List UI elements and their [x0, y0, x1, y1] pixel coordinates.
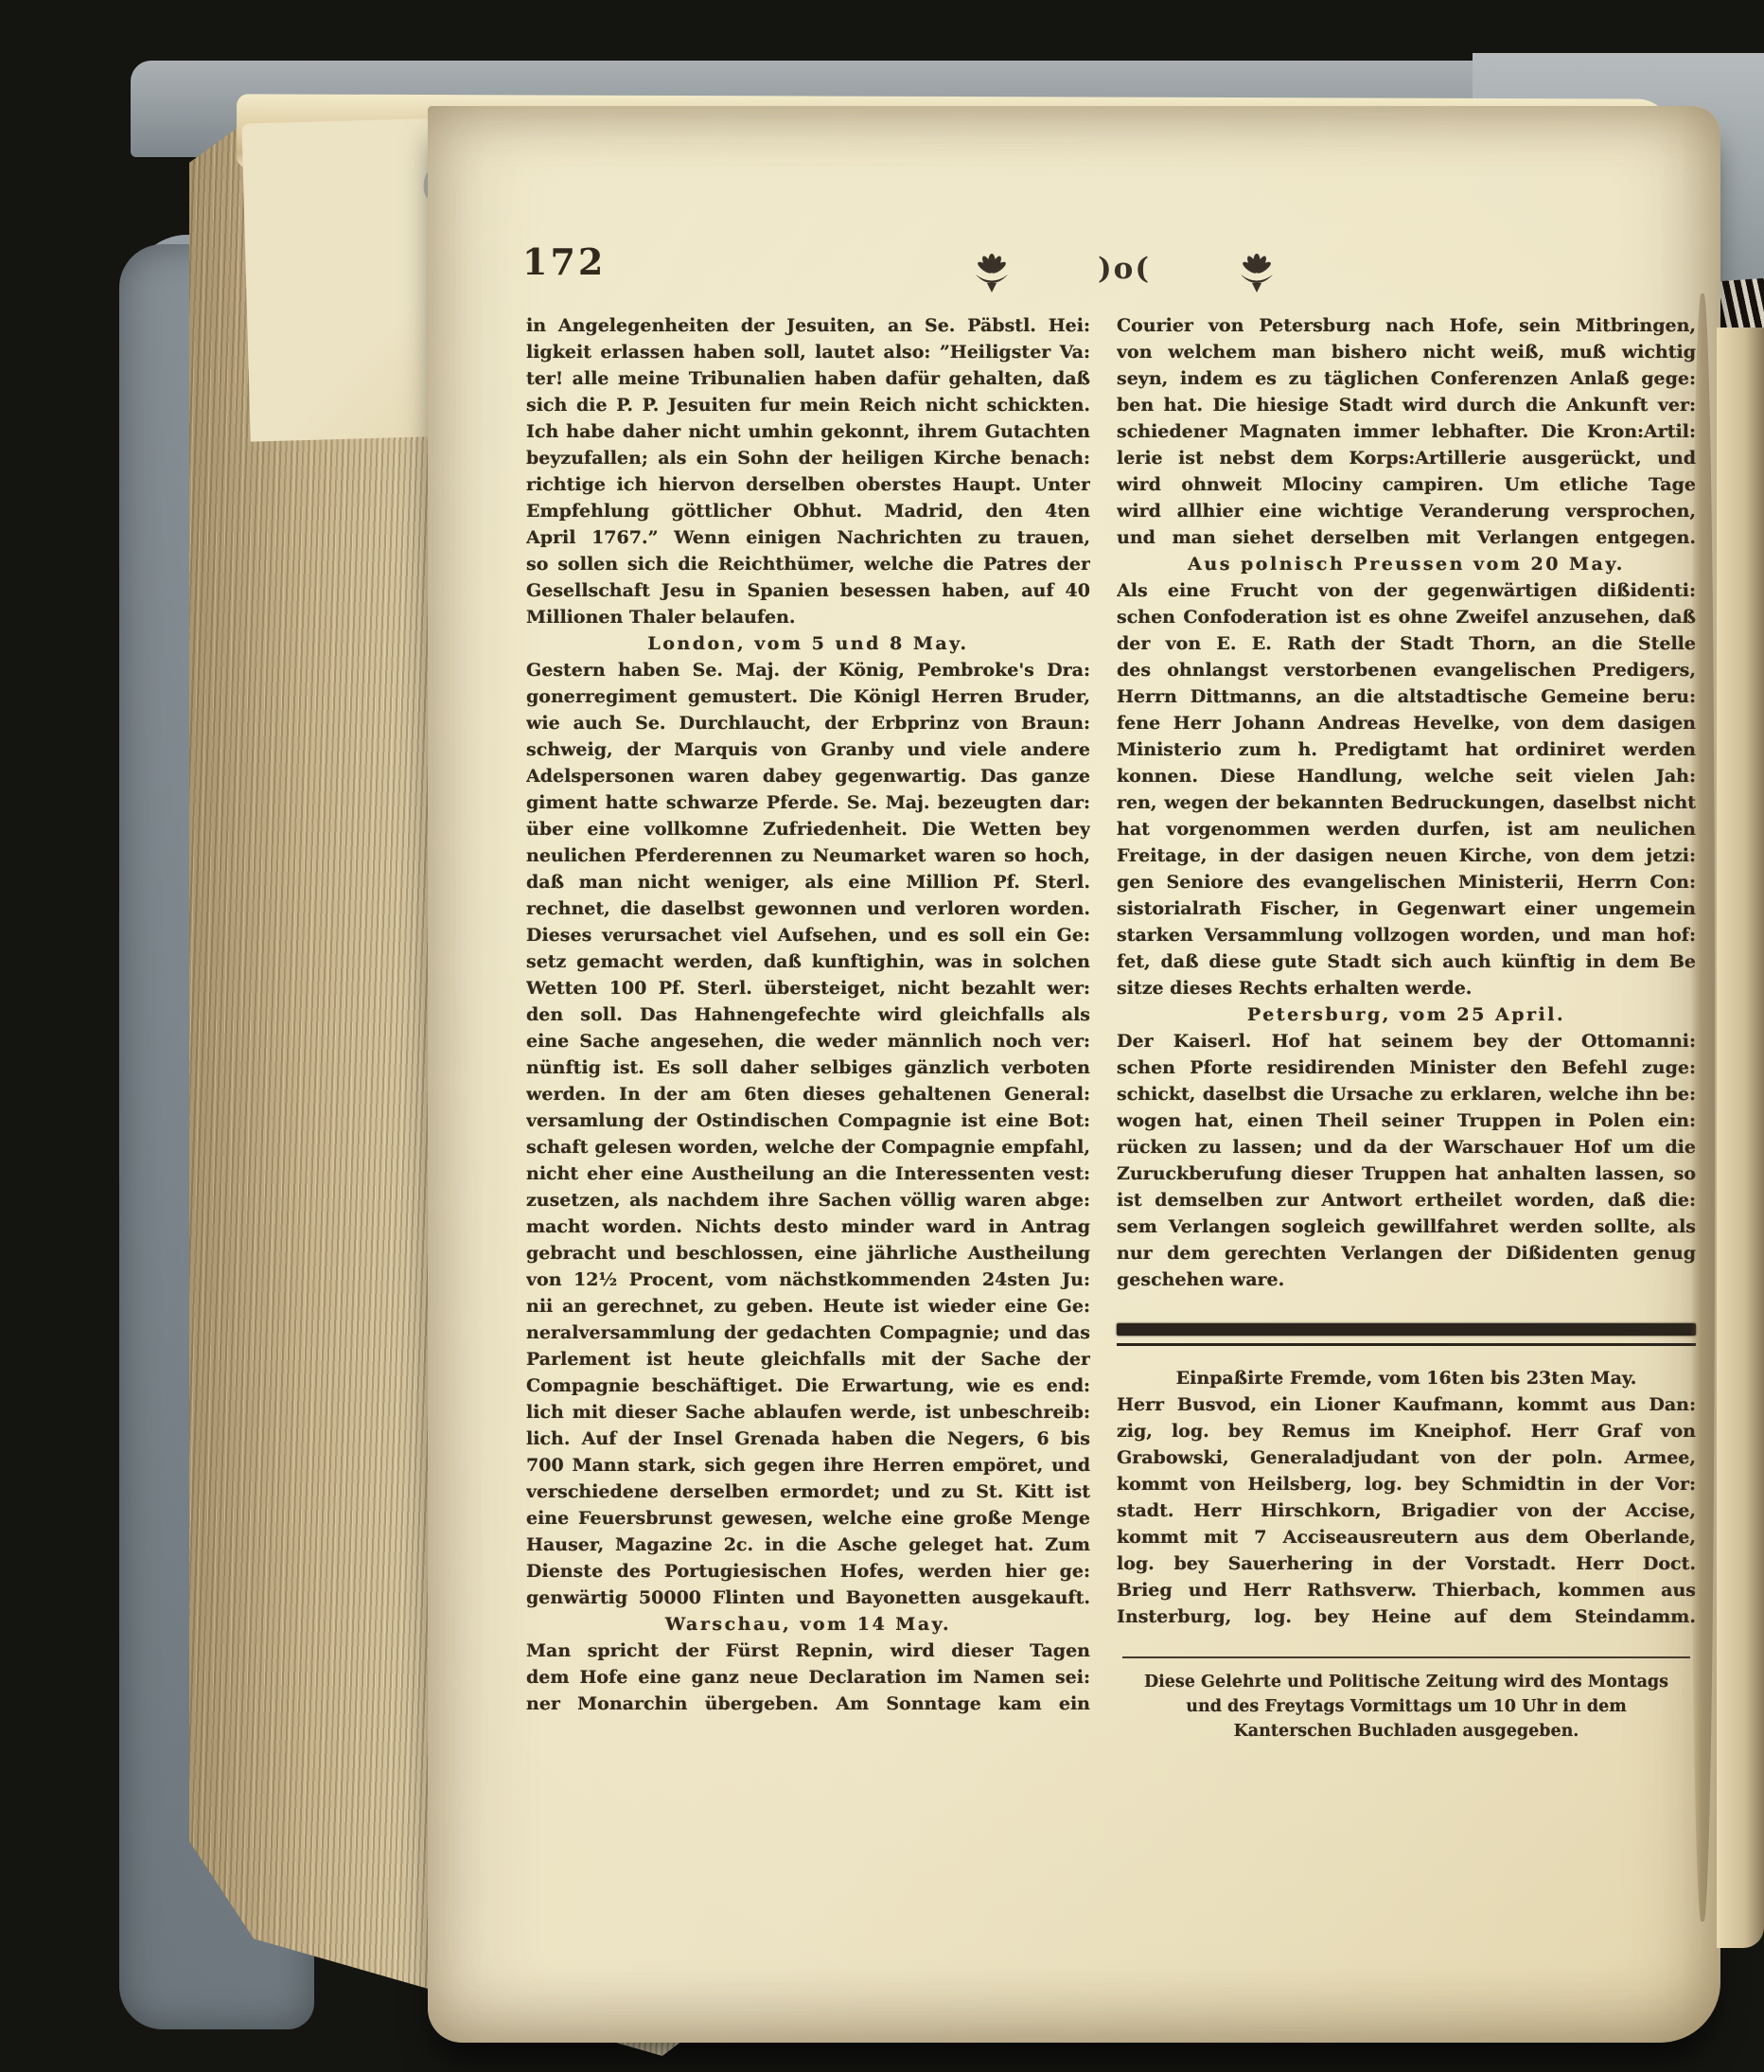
text-line: Brieg und Herr Rathsverw. Thierbach, kom… [1117, 1577, 1696, 1603]
text-line: stadt. Herr Hirschkorn, Brigadier von de… [1117, 1497, 1696, 1524]
book-photo: 89 172 )o( [0, 0, 1764, 2072]
text-line: verschiedene derselben ermordet; und zu … [526, 1479, 1090, 1505]
text-line: log. bey Sauerhering in der Vorstadt. He… [1117, 1550, 1696, 1577]
text-line: Herrn Dittmanns, an die altstadtische Ge… [1117, 683, 1696, 710]
text-line: Diese Gelehrte und Politische Zeitung wi… [1117, 1670, 1696, 1694]
text-line: versamlung der Ostindischen Compagnie is… [526, 1107, 1090, 1134]
section-divider-thick [1117, 1323, 1696, 1336]
text-line: wogen hat, einen Theil seiner Truppen in… [1117, 1107, 1696, 1134]
section-divider-thin [1117, 1343, 1696, 1346]
page-fold-shadow [1690, 293, 1715, 1921]
text-line: Adelspersonen waren dabey gegenwartig. D… [526, 763, 1090, 789]
text-line: kommt von Heilsberg, log. bey Schmidtin … [1117, 1471, 1696, 1497]
right-column-news: Courier von Petersburg nach Hofe, sein M… [1117, 312, 1696, 1293]
header-ornaments: )o( [967, 244, 1281, 301]
text-line: Man spricht der Fürst Repnin, wird diese… [526, 1638, 1090, 1664]
text-line: zusetzen, als nachdem ihre Sachen völlig… [526, 1187, 1090, 1213]
text-line: wie auch Se. Durchlaucht, der Erbprinz v… [526, 710, 1090, 736]
text-line: den soll. Das Hahnengefechte wird gleich… [526, 1001, 1090, 1028]
page-number: 172 [522, 240, 606, 283]
text-line: des ohnlangst verstorbenen evangelischen… [1117, 657, 1696, 683]
text-line: nicht eher eine Austheilung an die Inter… [526, 1160, 1090, 1187]
text-line: Dienste des Portugiesischen Hofes, werde… [526, 1558, 1090, 1585]
text-line: ner Monarchin übergeben. Am Sonntage kam… [526, 1691, 1090, 1717]
text-line: sem Verlangen sogleich gewillfahret werd… [1117, 1213, 1696, 1240]
text-line: sitze dieses Rechts erhalten werde. [1117, 975, 1696, 1001]
text-line: Millionen Thaler belaufen. [526, 604, 1090, 630]
text-line: starken Versammlung vollzogen worden, un… [1117, 922, 1696, 948]
text-line: schiedener Magnaten immer lebhafter. Die… [1117, 418, 1696, 445]
text-line: wird allhier eine wichtige Veranderung v… [1117, 498, 1696, 524]
text-line: von welchem man bishero nicht weiß, muß … [1117, 339, 1696, 365]
text-line: schweig, der Marquis von Granby und viel… [526, 736, 1090, 763]
text-line: gen Seniore des evangelischen Ministerii… [1117, 869, 1696, 895]
text-line: sich die P. P. Jesuiten fur mein Reich n… [526, 392, 1090, 418]
shell-ornament-icon [1232, 252, 1281, 293]
text-line: zig, log. bey Remus im Kneiphof. Herr Gr… [1117, 1418, 1696, 1444]
text-line: lerie ist nebst dem Korps:Artillerie aus… [1117, 445, 1696, 471]
text-line: schickt, daselbst die Ursache zu erklare… [1117, 1081, 1696, 1107]
text-line: Compagnie beschäftiget. Die Erwartung, w… [526, 1372, 1090, 1399]
text-line: und man siehet derselben mit Verlangen e… [1117, 524, 1696, 551]
text-line: und des Freytags Vormittags um 10 Uhr in… [1117, 1694, 1696, 1719]
imprint-note: Diese Gelehrte und Politische Zeitung wi… [1117, 1670, 1696, 1744]
text-line: gonerregiment gemustert. Die Königl Herr… [526, 683, 1090, 710]
text-line: Empfehlung göttlicher Obhut. Madrid, den… [526, 498, 1090, 524]
text-line: werden. In der am 6ten dieses gehaltenen… [526, 1081, 1090, 1107]
text-line: rücken zu lassen; und da der Warschauer … [1117, 1134, 1696, 1160]
text-line: dem Hofe eine ganz neue Declaration im N… [526, 1664, 1090, 1691]
text-line: setz gemacht werden, daß kunftighin, was… [526, 948, 1090, 975]
text-line: ligkeit erlassen haben soll, lautet also… [526, 339, 1090, 365]
text-line: London, vom 5 und 8 May. [526, 630, 1090, 657]
text-line: Warschau, vom 14 May. [526, 1611, 1090, 1638]
text-line: Der Kaiserl. Hof hat seinem bey der Otto… [1117, 1028, 1696, 1054]
text-line: neulichen Pferderennen zu Neumarket ware… [526, 842, 1090, 869]
text-line: Gestern haben Se. Maj. der König, Pembro… [526, 657, 1090, 683]
text-line: sistorialrath Fischer, in Gegenwart eine… [1117, 895, 1696, 922]
left-text-column: in Angelegenheiten der Jesuiten, an Se. … [526, 312, 1090, 1717]
text-line: Hauser, Magazine 2c. in die Asche gelege… [526, 1532, 1090, 1558]
text-line: kommt mit 7 Acciseausreutern aus dem Obe… [1117, 1524, 1696, 1550]
text-line: über eine vollkomne Zufriedenheit. Die W… [526, 816, 1090, 842]
center-ornament: )o( [1098, 252, 1151, 286]
text-line: Aus polnisch Preussen vom 20 May. [1117, 551, 1696, 577]
text-line: neralversammlung der gedachten Compagnie… [526, 1319, 1090, 1346]
text-line: macht worden. Nichts desto minder ward i… [526, 1213, 1090, 1240]
text-line: geschehen ware. [1117, 1266, 1696, 1293]
arrivals-section: Einpaßirte Fremde, vom 16ten bis 23ten M… [1117, 1365, 1696, 1630]
text-line: schen Pforte residirenden Minister den B… [1117, 1054, 1696, 1081]
text-line: Kanterschen Buchladen ausgegeben. [1117, 1719, 1696, 1744]
text-line: Grabowski, Generaladjudant von der poln.… [1117, 1444, 1696, 1471]
text-line: daß man nicht weniger, als eine Million … [526, 869, 1090, 895]
text-line: ist demselben zur Antwort ertheilet word… [1117, 1187, 1696, 1213]
text-line: Ministerio zum h. Predigtamt hat ordinir… [1117, 736, 1696, 763]
text-line: wird ohnweit Mlociny campiren. Um etlich… [1117, 471, 1696, 498]
text-line: Wetten 100 Pf. Sterl. übersteiget, nicht… [526, 975, 1090, 1001]
text-line: eine Sache angesehen, die weder männlich… [526, 1028, 1090, 1054]
right-text-column: Courier von Petersburg nach Hofe, sein M… [1117, 312, 1696, 1744]
text-line: ter! alle meine Tribunalien haben dafür … [526, 365, 1090, 392]
text-line: schen Confoderation ist es ohne Zweifel … [1117, 604, 1696, 630]
text-line: Ich habe daher nicht umhin gekonnt, ihre… [526, 418, 1090, 445]
underlying-page-edge [1717, 328, 1764, 1948]
text-line: Courier von Petersburg nach Hofe, sein M… [1117, 312, 1696, 339]
text-line: fet, daß diese gute Stadt sich auch künf… [1117, 948, 1696, 975]
text-line: so sollen sich die Reichthümer, welche d… [526, 551, 1090, 577]
text-line: fene Herr Johann Andreas Hevelke, von de… [1117, 710, 1696, 736]
text-line: Insterburg, log. bey Heine auf dem Stein… [1117, 1603, 1696, 1630]
text-line: der von E. E. Rath der Stadt Thorn, an d… [1117, 630, 1696, 657]
text-line: richtige ich hiervon derselben oberstes … [526, 471, 1090, 498]
text-line: Einpaßirte Fremde, vom 16ten bis 23ten M… [1117, 1365, 1696, 1391]
text-line: rechnet, die daselbst gewonnen und verlo… [526, 895, 1090, 922]
text-line: genwärtig 50000 Flinten und Bayonetten a… [526, 1585, 1090, 1611]
text-line: nünftig ist. Es soll daher selbiges gänz… [526, 1054, 1090, 1081]
text-line: von 12½ Procent, vom nächstkommenden 24s… [526, 1266, 1090, 1293]
page: 172 )o( [428, 106, 1720, 2043]
text-line: Herr Busvod, ein Lioner Kaufmann, kommt … [1117, 1391, 1696, 1418]
text-line: beyzufallen; als ein Sohn der heiligen K… [526, 445, 1090, 471]
text-line: Gesellschaft Jesu in Spanien besessen ha… [526, 577, 1090, 604]
shell-ornament-icon [967, 252, 1016, 293]
text-line: Freitage, in der dasigen neuen Kirche, v… [1117, 842, 1696, 869]
text-line: Parlement ist heute gleichfalls mit der … [526, 1346, 1090, 1372]
text-line: nii an gerechnet, zu geben. Heute ist wi… [526, 1293, 1090, 1319]
text-line: in Angelegenheiten der Jesuiten, an Se. … [526, 312, 1090, 339]
text-line: seyn, indem es zu täglichen Conferenzen … [1117, 365, 1696, 392]
text-line: lich. Auf der Insel Grenada haben die Ne… [526, 1426, 1090, 1452]
text-line: hat vorgenommen werden durfen, ist am ne… [1117, 816, 1696, 842]
text-line: Dieses verursachet viel Aufsehen, und es… [526, 922, 1090, 948]
text-line: giment hatte schwarze Pferde. Se. Maj. b… [526, 789, 1090, 816]
text-line: konnen. Diese Handlung, welche seit viel… [1117, 763, 1696, 789]
text-line: gebracht und beschlossen, eine jährliche… [526, 1240, 1090, 1266]
text-line: Als eine Frucht von der gegenwärtigen di… [1117, 577, 1696, 604]
text-line: 700 Mann stark, sich gegen ihre Herren e… [526, 1452, 1090, 1479]
text-line: ren, wegen der bekannten Bedruckungen, d… [1117, 789, 1696, 816]
text-line: Zuruckberufung dieser Truppen hat anhalt… [1117, 1160, 1696, 1187]
text-line: Petersburg, vom 25 April. [1117, 1001, 1696, 1028]
text-line: schaft gelesen worden, welche der Compag… [526, 1134, 1090, 1160]
text-line: ben hat. Die hiesige Stadt wird durch di… [1117, 392, 1696, 418]
text-line: nur dem gerechten Verlangen der Dißident… [1117, 1240, 1696, 1266]
text-line: eine Feuersbrunst gewesen, welche eine g… [526, 1505, 1090, 1532]
text-line: lich mit dieser Sache ablaufen werde, is… [526, 1399, 1090, 1426]
imprint-divider [1122, 1656, 1690, 1658]
text-line: April 1767.” Wenn einigen Nachrichten zu… [526, 524, 1090, 551]
